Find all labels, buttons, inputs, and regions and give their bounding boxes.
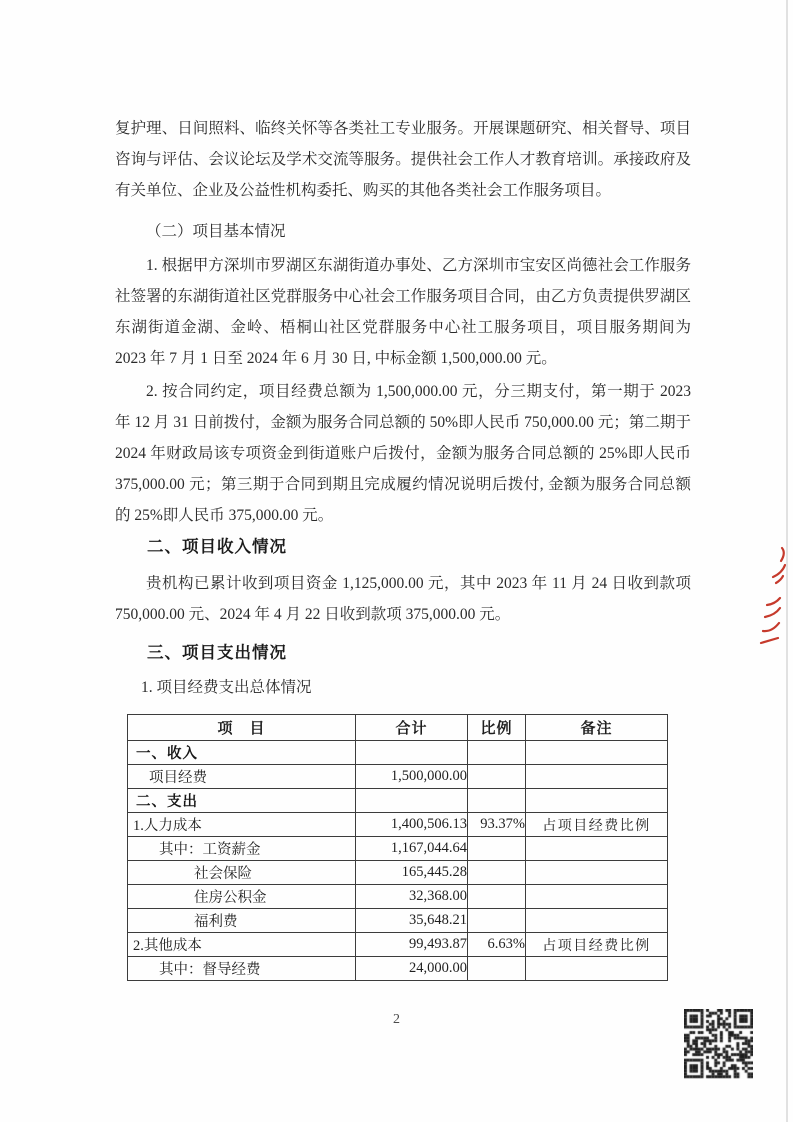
cell-ratio	[468, 909, 526, 933]
cell-total: 1,500,000.00	[356, 765, 468, 789]
cell-note	[526, 861, 668, 885]
cell-note	[526, 885, 668, 909]
table-row: 其中：督导经费 24,000.00	[128, 957, 668, 981]
section-heading-expense: 三、项目支出情况	[147, 642, 287, 664]
cell-total: 24,000.00	[356, 957, 468, 981]
paragraph-payment-terms: 2. 按合同约定，项目经费总额为 1,500,000.00 元，分三期支付，第一…	[115, 376, 691, 531]
cell-item: 项目经费	[128, 765, 356, 789]
table-row: 住房公积金 32,368.00	[128, 885, 668, 909]
cell-note	[526, 741, 668, 765]
table-row: 1.人力成本 1,400,506.13 93.37% 占项目经费比例	[128, 813, 668, 837]
column-header-item: 项 目	[128, 715, 356, 741]
scan-page-edge-line	[786, 0, 788, 1122]
cell-ratio: 6.63%	[468, 933, 526, 957]
cell-ratio: 93.37%	[468, 813, 526, 837]
cell-ratio	[468, 741, 526, 765]
cell-total	[356, 789, 468, 813]
table-row: 其中：工资薪金 1,167,044.64	[128, 837, 668, 861]
cell-item: 福利费	[128, 909, 356, 933]
column-header-total: 合计	[356, 715, 468, 741]
cell-item: 二、支出	[128, 789, 356, 813]
cell-note	[526, 837, 668, 861]
table-row: 社会保险 165,445.28	[128, 861, 668, 885]
table-row: 二、支出	[128, 789, 668, 813]
cell-note: 占项目经费比例	[526, 813, 668, 837]
cell-item: 住房公积金	[128, 885, 356, 909]
cell-total: 32,368.00	[356, 885, 468, 909]
cell-note	[526, 909, 668, 933]
cell-total: 1,167,044.64	[356, 837, 468, 861]
table-row: 一、收入	[128, 741, 668, 765]
subsection-expense-overview: 1. 项目经费支出总体情况	[141, 677, 312, 699]
table-header-row: 项 目 合计 比例 备注	[128, 715, 668, 741]
table-body: 一、收入 项目经费 1,500,000.00 二、支出	[128, 741, 668, 981]
section-heading-basic-info: （二）项目基本情况	[146, 216, 286, 247]
cell-note	[526, 765, 668, 789]
cell-item: 1.人力成本	[128, 813, 356, 837]
cell-ratio	[468, 885, 526, 909]
cell-note	[526, 957, 668, 981]
page-number: 2	[0, 1012, 793, 1028]
cell-item: 社会保险	[128, 861, 356, 885]
paragraph-services-continuation: 复护理、日间照料、临终关怀等各类社工专业服务。开展课题研究、相关督导、项目咨询与…	[115, 113, 691, 206]
cell-ratio	[468, 861, 526, 885]
cell-note	[526, 789, 668, 813]
table-row: 福利费 35,648.21	[128, 909, 668, 933]
cell-total: 35,648.21	[356, 909, 468, 933]
cell-note: 占项目经费比例	[526, 933, 668, 957]
cell-ratio	[468, 765, 526, 789]
column-header-note: 备注	[526, 715, 668, 741]
cell-total: 99,493.87	[356, 933, 468, 957]
paragraph-income-received: 贵机构已累计收到项目资金 1,125,000.00 元，其中 2023 年 11…	[115, 568, 691, 630]
cell-item: 2.其他成本	[128, 933, 356, 957]
document-page: 复护理、日间照料、临终关怀等各类社工专业服务。开展课题研究、相关督导、项目咨询与…	[0, 0, 793, 1122]
qr-code	[684, 1009, 753, 1079]
cell-total: 165,445.28	[356, 861, 468, 885]
cell-item: 其中：工资薪金	[128, 837, 356, 861]
cell-ratio	[468, 789, 526, 813]
section-heading-income: 二、项目收入情况	[147, 536, 287, 558]
column-header-ratio: 比例	[468, 715, 526, 741]
table-row: 项目经费 1,500,000.00	[128, 765, 668, 789]
cell-item: 其中：督导经费	[128, 957, 356, 981]
cell-total: 1,400,506.13	[356, 813, 468, 837]
cell-item: 一、收入	[128, 741, 356, 765]
cell-ratio	[468, 957, 526, 981]
table-row: 2.其他成本 99,493.87 6.63% 占项目经费比例	[128, 933, 668, 957]
paragraph-contract-info: 1. 根据甲方深圳市罗湖区东湖街道办事处、乙方深圳市宝安区尚德社会工作服务社签署…	[115, 250, 691, 374]
expense-summary-table: 项 目 合计 比例 备注 一、收入 项目经费 1,500,000.00	[127, 714, 668, 981]
cell-ratio	[468, 837, 526, 861]
cell-total	[356, 741, 468, 765]
